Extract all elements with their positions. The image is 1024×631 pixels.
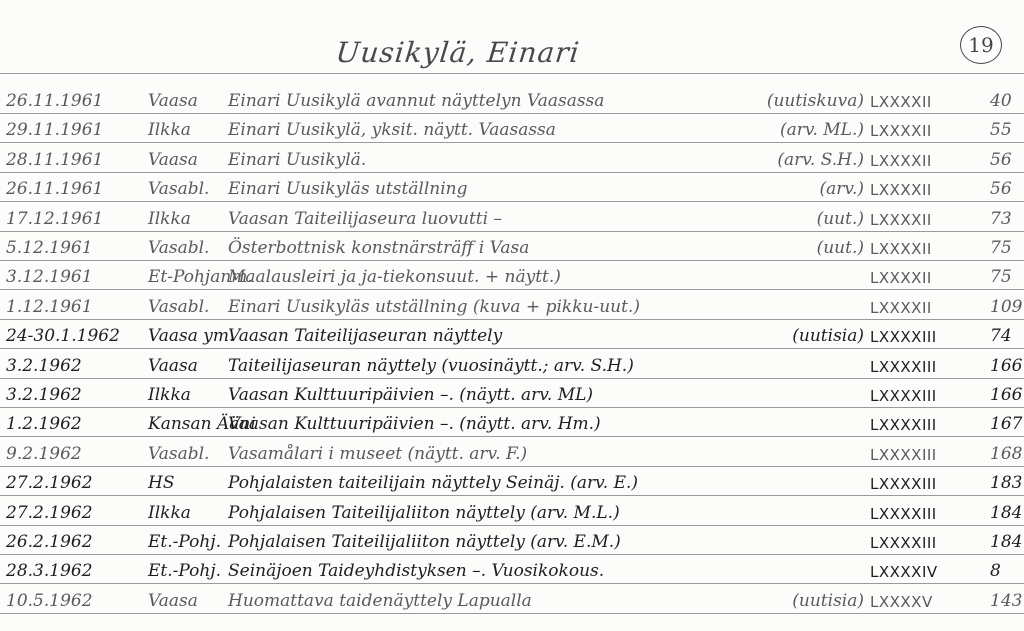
entry-description: Österbottnisk konstnärsträff i Vasa: [228, 238, 529, 258]
entry-page: 184: [990, 503, 1022, 523]
entry-volume: LXXXXIII: [870, 328, 937, 346]
entry-row: 26.11.1961Vasabl.Einari Uusikyläs utstäl…: [0, 173, 1024, 202]
entry-description: Vasamålari i museet (näytt. arv. F.): [228, 444, 527, 464]
entry-date: 3.2.1962: [6, 385, 82, 405]
entry-description: Einari Uusikyläs utställning (kuva + pik…: [228, 297, 640, 317]
entry-page: 167: [990, 414, 1022, 434]
entry-source: Et.-Pohj.: [148, 561, 221, 581]
entry-row: 28.3.1962Et.-Pohj.Seinäjoen Taideyhdisty…: [0, 555, 1024, 584]
entry-date: 26.11.1961: [6, 91, 103, 111]
entry-description: Seinäjoen Taideyhdistyksen –. Vuosikokou…: [228, 561, 604, 581]
entry-date: 27.2.1962: [6, 473, 93, 493]
entry-source: Vaasa: [148, 150, 198, 170]
entry-page: 74: [990, 326, 1012, 346]
card-number-circle: 19: [960, 26, 1002, 64]
entry-description: Pohjalaisen Taiteilijaliiton näyttely (a…: [228, 532, 621, 552]
entry-note: (arv.): [819, 179, 864, 199]
entry-source: Vasabl.: [148, 444, 209, 464]
entry-date: 10.5.1962: [6, 591, 93, 611]
entry-row: 26.11.1961VaasaEinari Uusikylä avannut n…: [0, 85, 1024, 114]
entry-source: Vaasa: [148, 91, 198, 111]
entry-page: 143: [990, 591, 1022, 611]
entry-volume: LXXXXII: [870, 181, 932, 199]
entry-page: 56: [990, 179, 1012, 199]
entry-row: 17.12.1961IlkkaVaasan Taiteilijaseura lu…: [0, 203, 1024, 232]
entry-date: 24-30.1.1962: [6, 326, 120, 346]
entry-date: 28.3.1962: [6, 561, 93, 581]
entry-description: Einari Uusikylä.: [228, 150, 366, 170]
entry-row: 29.11.1961IlkkaEinari Uusikylä, yksit. n…: [0, 114, 1024, 143]
entry-description: Huomattava taidenäyttely Lapualla: [228, 591, 532, 611]
entry-page: 166: [990, 356, 1022, 376]
entry-source: Vaasa ym.: [148, 326, 234, 346]
entry-description: Vaasan Taiteilijaseuran näyttely: [228, 326, 502, 346]
entry-description: Pohjalaisen Taiteilijaliiton näyttely (a…: [228, 503, 620, 523]
card-number: 19: [968, 33, 993, 57]
entry-note: (arv. ML.): [780, 120, 864, 140]
entry-source: Vasabl.: [148, 179, 209, 199]
entry-description: Einari Uusikyläs utställning: [228, 179, 468, 199]
entry-description: Einari Uusikylä, yksit. näytt. Vaasassa: [228, 120, 556, 140]
entry-page: 56: [990, 150, 1012, 170]
entry-date: 27.2.1962: [6, 503, 93, 523]
entry-row: 10.5.1962VaasaHuomattava taidenäyttely L…: [0, 585, 1024, 614]
entry-volume: LXXXXIII: [870, 446, 937, 464]
entry-row: 3.2.1962IlkkaVaasan Kulttuuripäivien –. …: [0, 379, 1024, 408]
entry-volume: LXXXXIII: [870, 534, 937, 552]
entry-page: 168: [990, 444, 1022, 464]
entry-source: Et.-Pohj.: [148, 532, 221, 552]
entry-volume: LXXXXV: [870, 593, 933, 611]
entry-page: 183: [990, 473, 1022, 493]
entry-date: 26.11.1961: [6, 179, 103, 199]
entry-source: Vaasa: [148, 591, 198, 611]
entry-source: Vaasa: [148, 356, 198, 376]
entry-row: 28.11.1961VaasaEinari Uusikylä.(arv. S.H…: [0, 144, 1024, 173]
entry-volume: LXXXXIII: [870, 505, 937, 523]
entry-description: Vaasan Taiteilijaseura luovutti –: [228, 209, 502, 229]
entry-date: 5.12.1961: [6, 238, 93, 258]
entry-note: (uutiskuva): [767, 91, 864, 111]
entry-row: 5.12.1961Vasabl.Österbottnisk konstnärst…: [0, 232, 1024, 261]
entry-source: Ilkka: [148, 503, 191, 523]
entry-description: Vaasan Kulttuuripäivien –. (näytt. arv. …: [228, 414, 601, 434]
entry-source: Vasabl.: [148, 297, 209, 317]
entry-page: 184: [990, 532, 1022, 552]
entry-description: Einari Uusikylä avannut näyttelyn Vaasas…: [228, 91, 604, 111]
entry-volume: LXXXXII: [870, 93, 932, 111]
entry-page: 73: [990, 209, 1012, 229]
entry-page: 166: [990, 385, 1022, 405]
entry-row: 1.12.1961Vasabl.Einari Uusikyläs utställ…: [0, 291, 1024, 320]
entry-page: 75: [990, 267, 1012, 287]
entry-note: (uut.): [817, 209, 864, 229]
header-rule: [0, 73, 1024, 74]
entry-note: (arv. S.H.): [777, 150, 864, 170]
entry-page: 109: [990, 297, 1022, 317]
entry-row: 3.2.1962VaasaTaiteilijaseuran näyttely (…: [0, 350, 1024, 379]
entry-date: 29.11.1961: [6, 120, 103, 140]
entry-row: 26.2.1962Et.-Pohj.Pohjalaisen Taiteilija…: [0, 526, 1024, 555]
entry-volume: LXXXXII: [870, 152, 932, 170]
entry-note: (uutisia): [792, 591, 864, 611]
entry-source: Ilkka: [148, 120, 191, 140]
entry-page: 8: [990, 561, 1001, 581]
entry-note: (uut.): [817, 238, 864, 258]
entry-row: 27.2.1962IlkkaPohjalaisen Taiteilijaliit…: [0, 497, 1024, 526]
entry-source: Ilkka: [148, 209, 191, 229]
entry-page: 75: [990, 238, 1012, 258]
entry-description: Vaasan Kulttuuripäivien –. (näytt. arv. …: [228, 385, 593, 405]
entry-volume: LXXXXIII: [870, 416, 937, 434]
entry-date: 3.12.1961: [6, 267, 93, 287]
entry-description: Maalausleiri ja ja-tiekonsuut. + näytt.): [228, 267, 561, 287]
index-card: Uusikylä, Einari 19 26.11.1961VaasaEinar…: [0, 0, 1024, 631]
entry-date: 1.2.1962: [6, 414, 82, 434]
entry-page: 55: [990, 120, 1012, 140]
entry-volume: LXXXXIII: [870, 358, 937, 376]
entry-row: 1.2.1962Kansan ÄäniVaasan Kulttuuripäivi…: [0, 408, 1024, 437]
entry-volume: LXXXXII: [870, 122, 932, 140]
card-title: Uusikylä, Einari: [334, 36, 581, 69]
entry-source: HS: [148, 473, 174, 493]
entry-volume: LXXXXIII: [870, 475, 937, 493]
entry-row: 24-30.1.1962Vaasa ym.Vaasan Taiteilijase…: [0, 320, 1024, 349]
entry-source: Vasabl.: [148, 238, 209, 258]
entry-date: 3.2.1962: [6, 356, 82, 376]
entry-volume: LXXXXIII: [870, 387, 937, 405]
entry-volume: LXXXXII: [870, 269, 932, 287]
entry-source: Ilkka: [148, 385, 191, 405]
entry-row: 9.2.1962Vasabl.Vasamålari i museet (näyt…: [0, 438, 1024, 467]
entry-page: 40: [990, 91, 1012, 111]
entry-date: 28.11.1961: [6, 150, 103, 170]
entry-volume: LXXXXII: [870, 211, 932, 229]
entry-note: (uutisia): [792, 326, 864, 346]
entry-date: 26.2.1962: [6, 532, 93, 552]
entry-description: Pohjalaisten taiteilijain näyttely Seinä…: [228, 473, 638, 493]
entry-description: Taiteilijaseuran näyttely (vuosinäytt.; …: [228, 356, 634, 376]
entry-row: 3.12.1961Et-Pohjanm.Maalausleiri ja ja-t…: [0, 261, 1024, 290]
entry-date: 1.12.1961: [6, 297, 93, 317]
entry-volume: LXXXXII: [870, 240, 932, 258]
entry-date: 9.2.1962: [6, 444, 82, 464]
entry-volume: LXXXXIV: [870, 563, 938, 581]
entry-date: 17.12.1961: [6, 209, 103, 229]
entry-row: 27.2.1962HSPohjalaisten taiteilijain näy…: [0, 467, 1024, 496]
entry-volume: LXXXXII: [870, 299, 932, 317]
